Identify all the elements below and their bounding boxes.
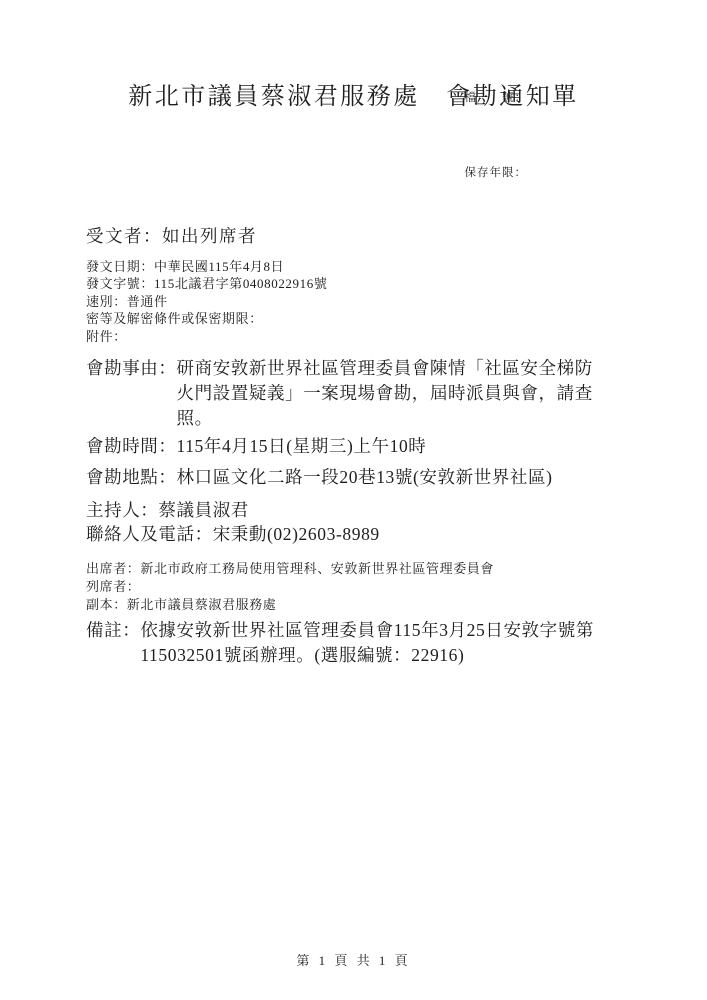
subject-line-1: 研商安敦新世界社區管理委員會陳情「社區安全梯防 bbox=[177, 356, 593, 381]
meta-block: 發文日期：中華民國115年4月8日 發文字號：115北議君字第040802291… bbox=[86, 258, 327, 345]
recipient-line: 受文者：如出列席者 bbox=[86, 223, 257, 248]
remarks-text: 依據安敦新世界社區管理委員會115年3月25日安敦字號第 115032501號函… bbox=[140, 618, 594, 668]
attachment-line: 附件： bbox=[86, 328, 327, 345]
host-line: 主持人：蔡議員淑君 bbox=[86, 497, 249, 522]
remarks-line-1: 依據安敦新世界社區管理委員會115年3月25日安敦字號第 bbox=[140, 618, 594, 643]
subject-line-3: 照。 bbox=[177, 406, 593, 431]
retention-period-label: 保存年限： bbox=[465, 161, 528, 186]
cc-block: 出席者：新北市政府工務局使用管理科、安敦新世界社區管理委員會 列席者： 副本：新… bbox=[86, 560, 494, 614]
contact-line: 聯絡人及電話：宋秉動(02)2603-8989 bbox=[86, 521, 380, 546]
observers-line: 列席者： bbox=[86, 578, 494, 596]
document-page: 檔 號： 保存年限： 新北市議員蔡淑君服務處 會勘通知單 受文者：如出列席者 發… bbox=[0, 0, 707, 1000]
remarks-label: 備註： bbox=[86, 618, 140, 643]
inspection-time-line: 會勘時間：115年4月15日(星期三)上午10時 bbox=[86, 433, 426, 458]
attendees-line: 出席者：新北市政府工務局使用管理科、安敦新世界社區管理委員會 bbox=[86, 560, 494, 578]
security-line: 密等及解密條件或保密期限： bbox=[86, 310, 327, 327]
speed-line: 速別：普通件 bbox=[86, 293, 327, 310]
archive-block: 檔 號： 保存年限： bbox=[465, 36, 528, 236]
doc-number-line: 發文字號：115北議君字第0408022916號 bbox=[86, 275, 327, 292]
inspection-location-line: 會勘地點：林口區文化二路一段20巷13號(安敦新世界社區) bbox=[86, 464, 553, 489]
remarks-row: 備註： 依據安敦新世界社區管理委員會115年3月25日安敦字號第 1150325… bbox=[86, 618, 594, 668]
subject-line-2: 火門設置疑義」一案現場會勘，屆時派員與會，請查 bbox=[177, 381, 593, 406]
inspection-subject-label: 會勘事由： bbox=[86, 356, 177, 381]
copy-line: 副本：新北市議員蔡淑君服務處 bbox=[86, 596, 494, 614]
document-title: 新北市議員蔡淑君服務處 會勘通知單 bbox=[0, 76, 707, 111]
issue-date-line: 發文日期：中華民國115年4月8日 bbox=[86, 258, 327, 275]
inspection-subject-text: 研商安敦新世界社區管理委員會陳情「社區安全梯防 火門設置疑義」一案現場會勘，屆時… bbox=[177, 356, 593, 431]
inspection-subject-row: 會勘事由： 研商安敦新世界社區管理委員會陳情「社區安全梯防 火門設置疑義」一案現… bbox=[86, 356, 593, 431]
remarks-line-2: 115032501號函辦理。(選服編號：22916) bbox=[140, 643, 594, 668]
page-number-footer: 第 1 頁 共 1 頁 bbox=[0, 950, 707, 969]
